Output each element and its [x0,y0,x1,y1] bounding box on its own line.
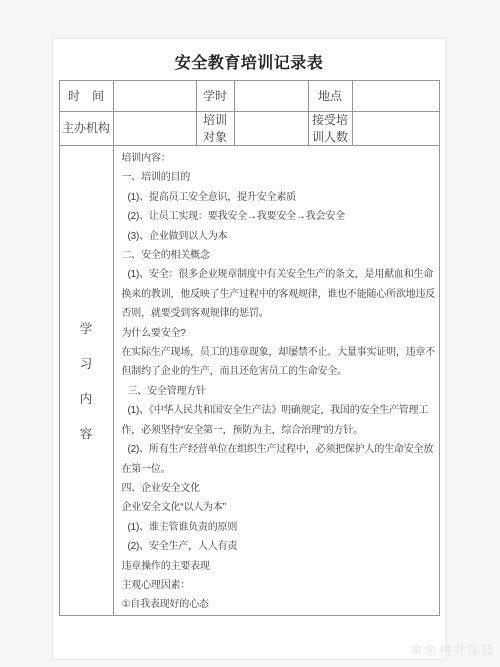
vertical-label-char: 容 [80,424,93,442]
content-line: 三、安全管理方针 [122,382,435,401]
content-line: 作，必须坚持“安全第一，预防为主，综合治理”的方针。 [122,421,435,440]
content-line: 培训内容： [122,149,435,168]
training-content: 培训内容：一、培训的目的(1)、提高员工安全意识，提升安全素质(2)、让员工实现… [122,149,435,615]
content-line: 但制约了企业的生产，而且还危害员工的生命安全。 [122,362,435,381]
training-record-table: 时 间 学时 地点 主办机构 培训 对象 接受培 训人数 学习内容 培训内容：一… [59,80,440,616]
vertical-label-char: 习 [80,354,93,372]
content-line: (1)、安全：很多企业规章制度中有关安全生产的条文，是用献血和生命 [122,265,435,284]
content-line: 违章操作的主要表现 [122,557,435,576]
title-block: 安全教育培训记录表 [53,39,445,80]
content-line: 在实际生产现场，员工的违章现象，却屡禁不止。大量事实证明，违章不 [122,343,435,362]
hours-label: 学时 [196,81,234,112]
document-page: 安全教育培训记录表 时 间 学时 地点 主办机构 培训 对象 接受培 训人数 学… [52,38,446,660]
time-value-cell [113,81,196,112]
content-line: 为什么要安全? [122,324,435,343]
organizer-label: 主办机构 [59,112,113,146]
trainee-count-value-cell [352,112,439,146]
content-line: (1)、提高员工安全意识，提升安全素质 [122,188,435,207]
content-line: (2)、安全生产，人人有责 [122,537,435,556]
content-line: 换来的教训，他反映了生产过程中的客观规律，谁也不能随心所欲地违反， [122,285,435,304]
page-title: 安全教育培训记录表 [175,50,324,73]
content-line: 二、安全的相关概念 [122,246,435,265]
time-label: 时 间 [59,81,113,112]
content-line: 一、培训的目的 [122,168,435,187]
watermark-text: 桃井深蓝 [439,640,495,659]
watermark-badge-icon: ※ [411,642,423,658]
content-line: 企业安全文化“以人为本” [122,498,435,517]
table-row: 时 间 学时 地点 [59,81,439,112]
place-value-cell [352,81,439,112]
study-content-vertical-label: 学习内容 [60,146,113,615]
content-line: (1)、谁主管谁负责的原则 [122,518,435,537]
hours-value-cell [234,81,308,112]
content-line: 在第一位。 [122,460,435,479]
vertical-label-char: 内 [80,389,93,407]
content-line: (2)、所有生产经营单位在组织生产过程中，必须把保护人的生命安全放 [122,440,435,459]
study-content-label-cell: 学习内容 [59,146,113,616]
vertical-label-char: 学 [80,319,93,337]
trainee-label: 培训 对象 [196,112,234,146]
content-line: (1)、《中华人民共和国安全生产法》明确规定，我国的安全生产管理工 [122,401,435,420]
trainee-value-cell [234,112,308,146]
place-label: 地点 [308,81,352,112]
content-line: (3)、企业做到以人为本 [122,227,435,246]
copyright-icon: ◎ [425,642,437,658]
table-row: 主办机构 培训 对象 接受培 训人数 [59,112,439,146]
content-line: ①自我表现好的心态 [122,595,435,614]
table-row: 学习内容 培训内容：一、培训的目的(1)、提高员工安全意识，提升安全素质(2)、… [59,146,439,616]
content-line: 四、企业安全文化 [122,479,435,498]
training-content-cell: 培训内容：一、培训的目的(1)、提高员工安全意识，提升安全素质(2)、让员工实现… [113,146,439,616]
content-line: (2)、让员工实现：要我安全→我要安全→我会安全 [122,207,435,226]
organizer-value-cell [113,112,196,146]
content-line: 主观心理因素： [122,576,435,595]
content-line: 否则，就要受到客观规律的惩罚。 [122,304,435,323]
trainee-count-label: 接受培 训人数 [308,112,352,146]
watermark: ※ ◎ 桃井深蓝 [411,640,495,659]
